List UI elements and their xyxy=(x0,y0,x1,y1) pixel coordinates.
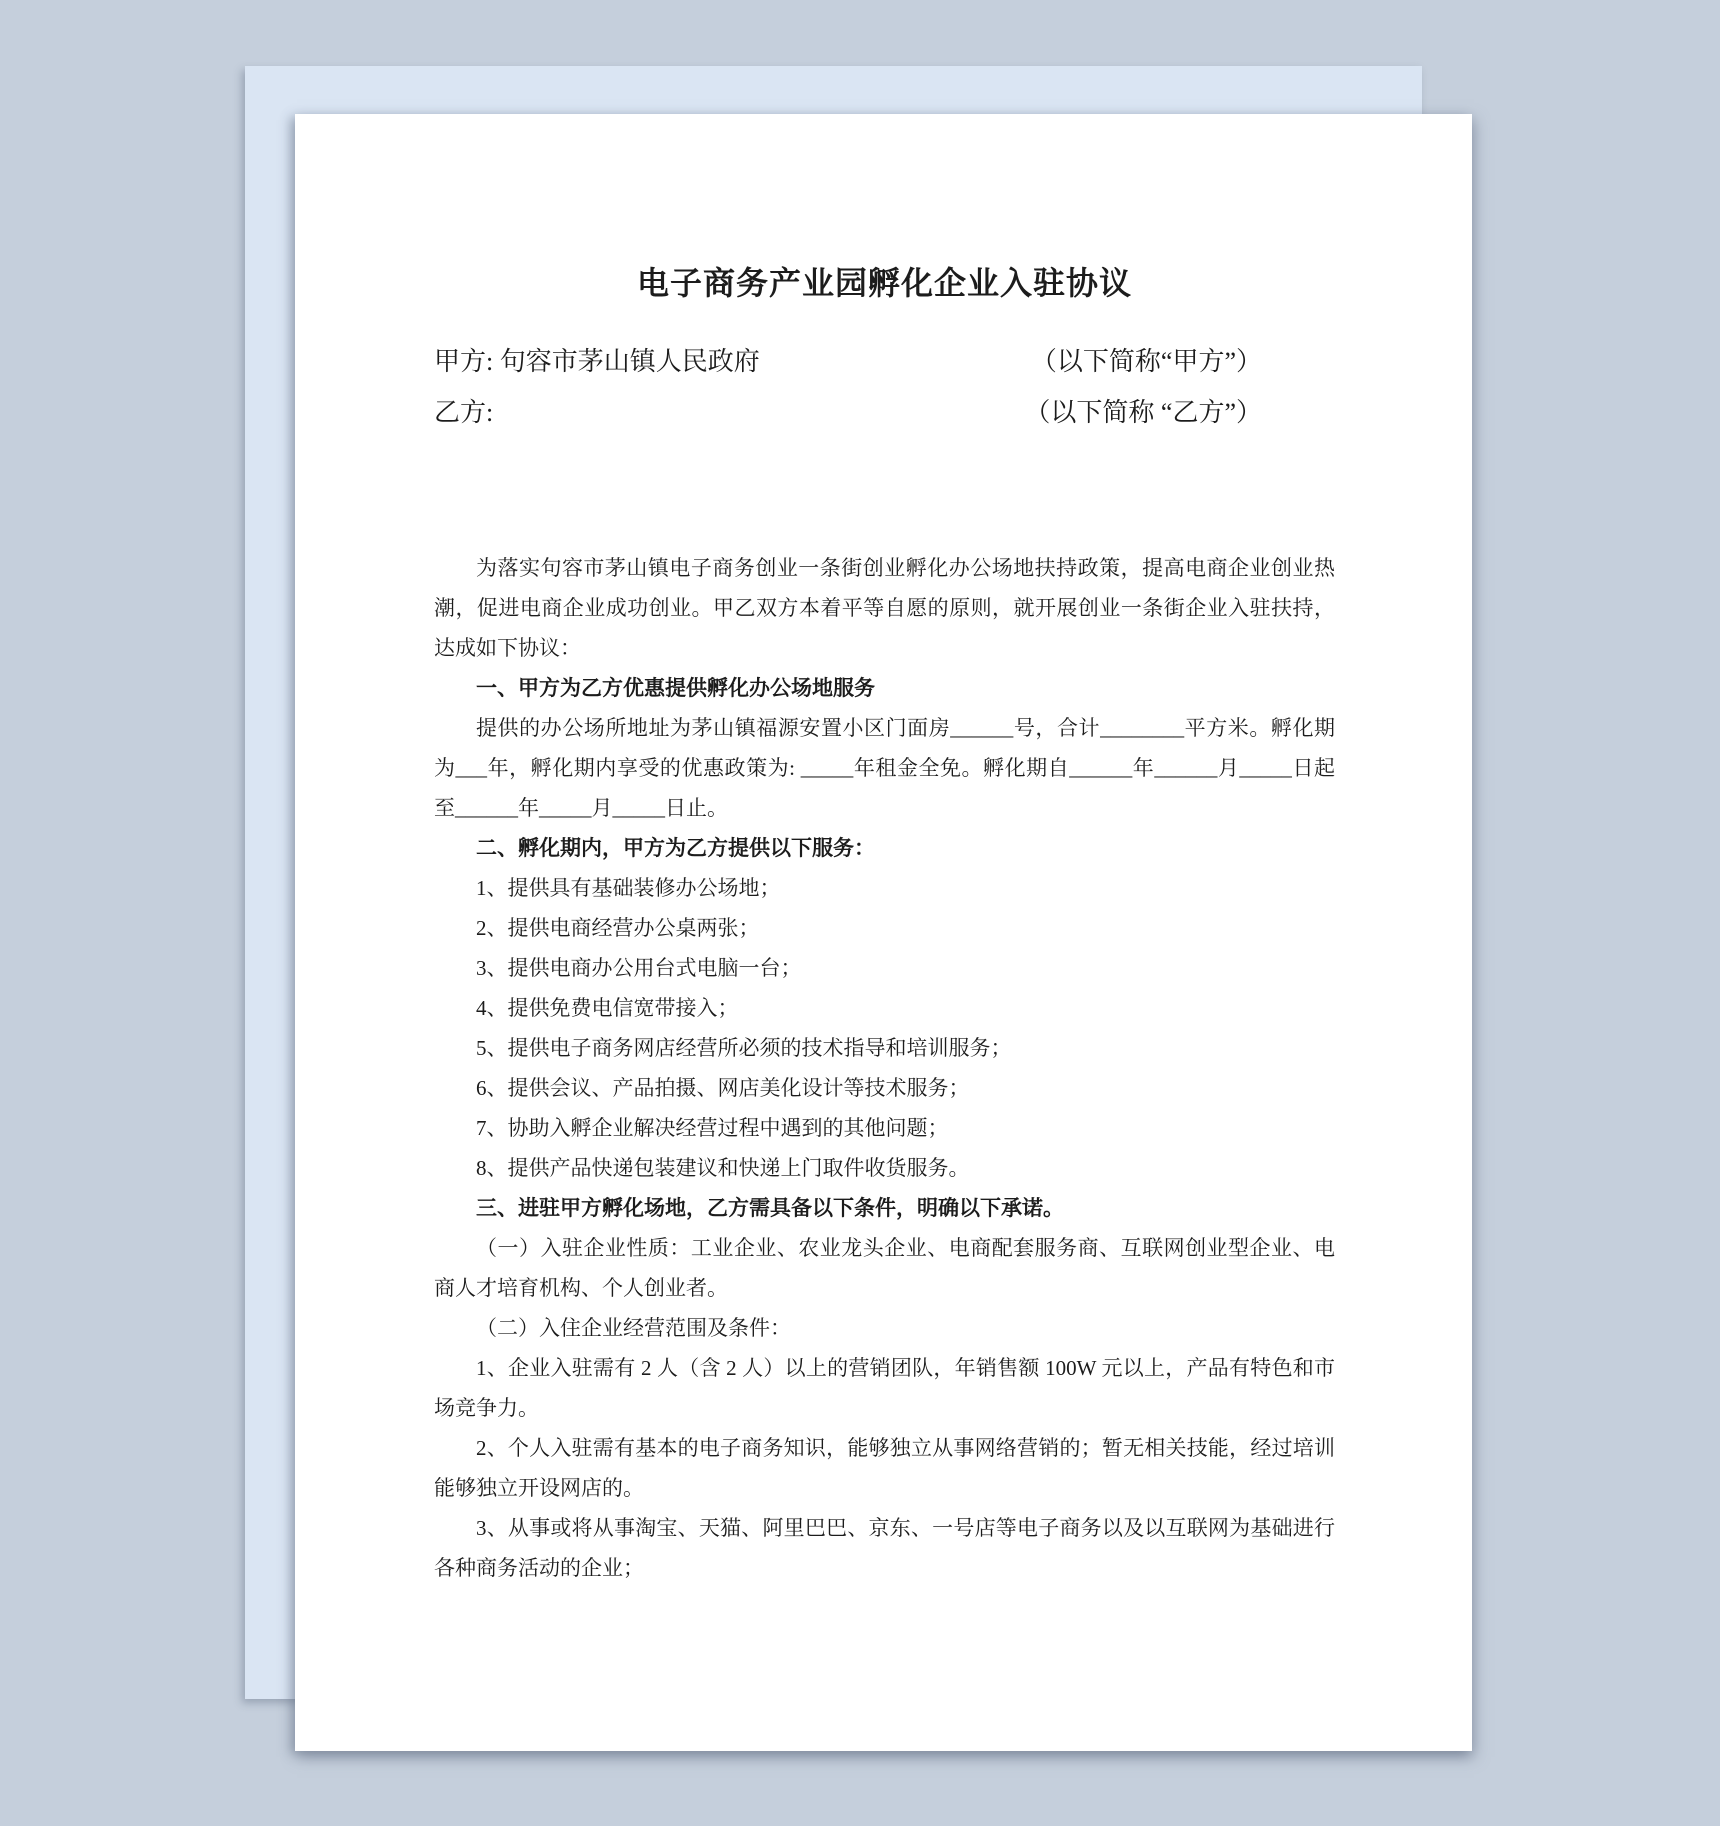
section-heading-1: 一、甲方为乙方优惠提供孵化办公场地服务 xyxy=(434,668,1335,708)
section-heading-2: 二、孵化期内，甲方为乙方提供以下服务： xyxy=(434,828,1335,868)
party-block: 甲方: 句容市茅山镇人民政府 （以下简称“甲方”） 乙方: （以下简称 “乙方”… xyxy=(434,336,1335,438)
service-item-6: 6、提供会议、产品拍摄、网店美化设计等技术服务； xyxy=(434,1068,1335,1108)
party-yifang-shortname: （以下简称 “乙方”） xyxy=(1024,387,1262,438)
paragraph-section1: 提供的办公场所地址为茅山镇福源安置小区门面房______号，合计________… xyxy=(434,708,1335,828)
service-item-2: 2、提供电商经营办公桌两张； xyxy=(434,908,1335,948)
party-jiafang-name: 甲方: 句容市茅山镇人民政府 xyxy=(434,336,760,387)
party-line-jiafang: 甲方: 句容市茅山镇人民政府 （以下简称“甲方”） xyxy=(434,336,1335,387)
condition-sub-item-1: 1、企业入驻需有 2 人（含 2 人）以上的营销团队，年销售额 100W 元以上… xyxy=(434,1348,1335,1428)
service-item-4: 4、提供免费电信宽带接入； xyxy=(434,988,1335,1028)
condition-item-2: （二）入住企业经营范围及条件： xyxy=(434,1308,1335,1348)
service-item-3: 3、提供电商办公用台式电脑一台； xyxy=(434,948,1335,988)
desktop-background: 电子商务产业园孵化企业入驻协议 甲方: 句容市茅山镇人民政府 （以下简称“甲方”… xyxy=(0,0,1720,1826)
paragraph-intro: 为落实句容市茅山镇电子商务创业一条街创业孵化办公场地扶持政策，提高电商企业创业热… xyxy=(434,548,1335,668)
service-item-5: 5、提供电子商务网店经营所必须的技术指导和培训服务； xyxy=(434,1028,1335,1068)
service-item-1: 1、提供具有基础装修办公场地； xyxy=(434,868,1335,908)
document-page: 电子商务产业园孵化企业入驻协议 甲方: 句容市茅山镇人民政府 （以下简称“甲方”… xyxy=(295,114,1472,1751)
condition-item-1: （一）入驻企业性质：工业企业、农业龙头企业、电商配套服务商、互联网创业型企业、电… xyxy=(434,1228,1335,1308)
document-title: 电子商务产业园孵化企业入驻协议 xyxy=(434,260,1335,306)
section-heading-3: 三、进驻甲方孵化场地，乙方需具备以下条件，明确以下承诺。 xyxy=(434,1188,1335,1228)
condition-sub-item-3: 3、从事或将从事淘宝、天猫、阿里巴巴、京东、一号店等电子商务以及以互联网为基础进… xyxy=(434,1508,1335,1588)
service-item-7: 7、协助入孵企业解决经营过程中遇到的其他问题； xyxy=(434,1108,1335,1148)
document-body: 为落实句容市茅山镇电子商务创业一条街创业孵化办公场地扶持政策，提高电商企业创业热… xyxy=(434,548,1335,1588)
party-yifang-name: 乙方: xyxy=(434,387,493,438)
service-item-8: 8、提供产品快递包装建议和快递上门取件收货服务。 xyxy=(434,1148,1335,1188)
party-line-yifang: 乙方: （以下简称 “乙方”） xyxy=(434,387,1335,438)
condition-sub-item-2: 2、个人入驻需有基本的电子商务知识，能够独立从事网络营销的；暂无相关技能，经过培… xyxy=(434,1428,1335,1508)
party-jiafang-shortname: （以下简称“甲方”） xyxy=(1031,336,1262,387)
